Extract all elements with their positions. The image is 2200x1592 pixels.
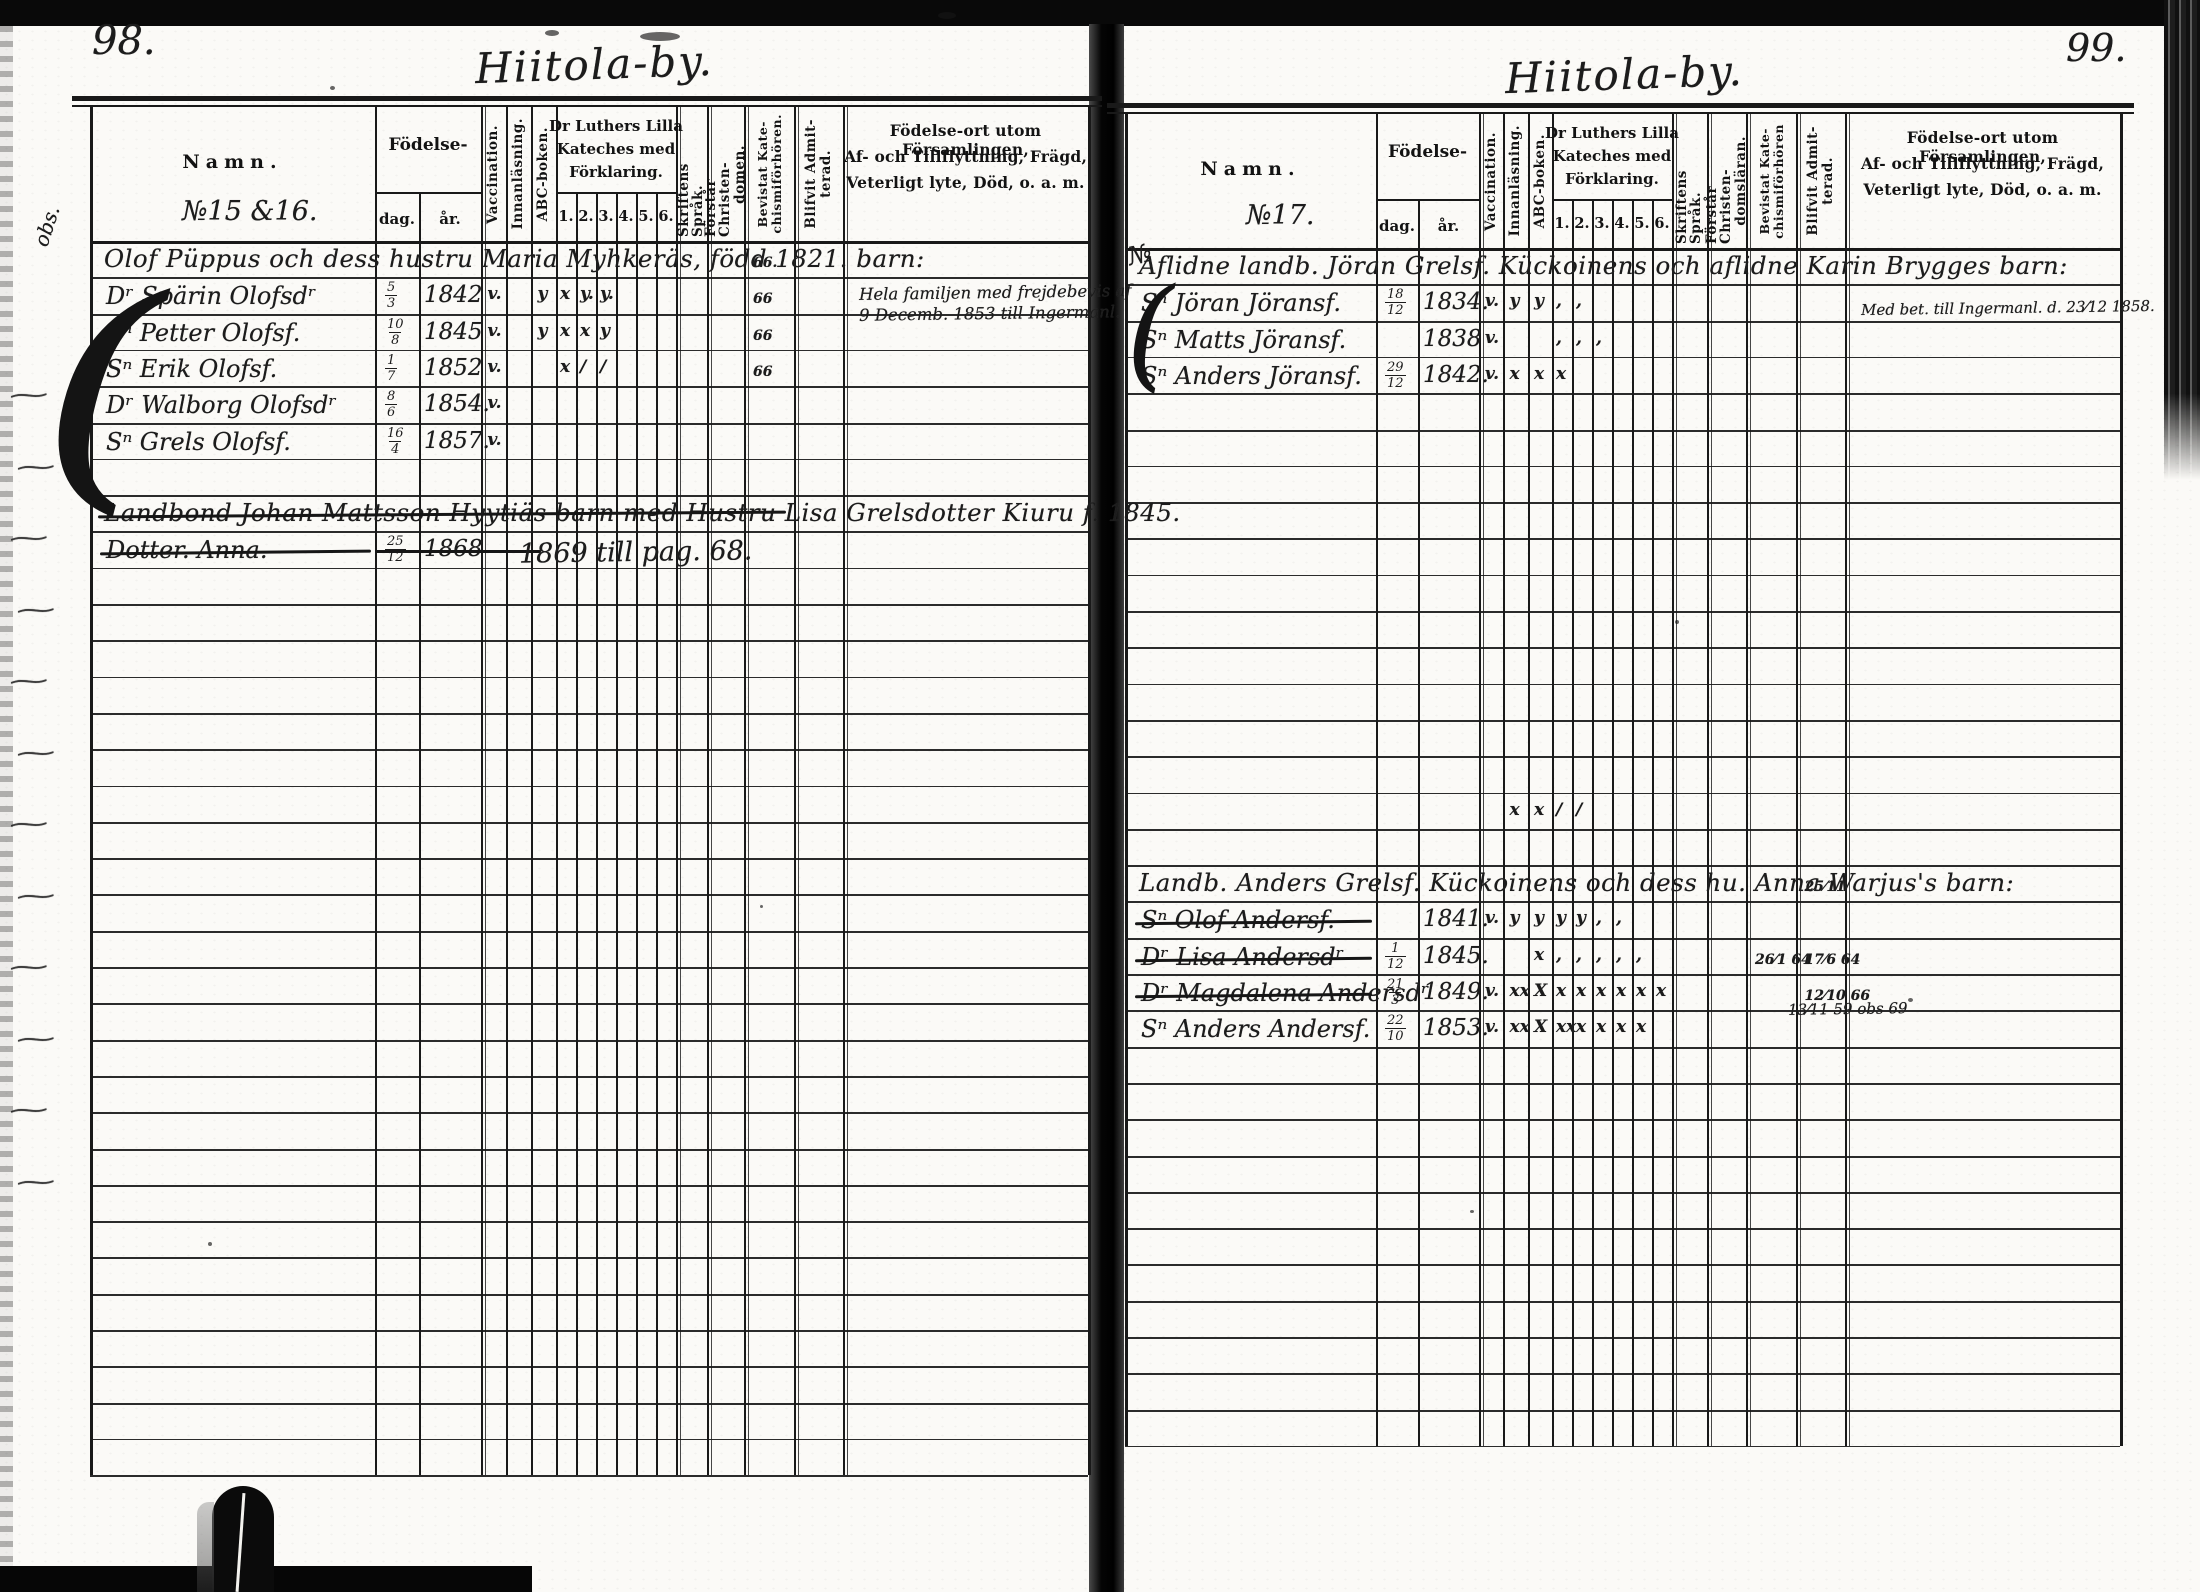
check-mark: x	[1556, 981, 1566, 1001]
ink-speck	[1908, 998, 1913, 1002]
check-mark: x	[1534, 945, 1544, 965]
column-header-bevistat: Bevistat Kate-chismiförhören.	[744, 111, 794, 237]
column-header-birthplace: Veterligt lyte, Död, o. a. m.	[1851, 180, 2115, 199]
column-header-kateches: Förklaring.	[546, 163, 686, 181]
column-header-line: Blifvit Admit-	[804, 119, 818, 229]
check-mark: ,	[1636, 945, 1642, 965]
column-header-kateches-number: 2.	[576, 208, 596, 225]
ink-speck	[208, 1242, 212, 1246]
column-header-namn: Namn.	[1141, 158, 1361, 180]
person-name: Sⁿ Anders Andersf.	[1141, 1015, 1370, 1043]
scan-left-edge	[0, 26, 13, 1592]
check-mark: x	[1510, 364, 1520, 384]
marginal-note: Med bet. till Ingermanl. d. 23⁄12 1858.	[1861, 297, 2155, 319]
column-header-birthplace: Af- och Tillflyttning, Frägd,	[1851, 154, 2115, 173]
ink-speck	[760, 905, 763, 908]
ink-speck	[1675, 620, 1679, 624]
birth-year: 1852	[424, 355, 483, 381]
page-number: 98.	[92, 18, 156, 64]
binding-squiggle: ~	[3, 1098, 55, 1124]
check-mark: v.	[488, 357, 502, 377]
check-mark: ,	[1576, 328, 1582, 348]
birth-year: 1845.	[1423, 943, 1489, 969]
check-mark: x	[1616, 981, 1626, 1001]
check-mark: y	[600, 321, 610, 341]
check-mark: x	[1534, 800, 1544, 820]
birth-year: 1857.	[424, 428, 490, 454]
ruled-line	[1125, 611, 2120, 613]
fraction-numerator: 22	[1385, 1014, 1406, 1028]
birth-day-fraction: 108	[385, 318, 406, 347]
ruled-line	[90, 640, 1088, 642]
birth-day-fraction: 112	[1385, 942, 1406, 971]
fraction-denominator: 10	[1385, 1028, 1406, 1043]
check-mark: v.	[488, 430, 502, 450]
column-line-double	[847, 107, 848, 1475]
check-mark: 66	[753, 364, 772, 380]
fraction-denominator: 4	[389, 441, 401, 456]
column-line	[1503, 114, 1505, 1446]
ruled-line	[90, 1221, 1088, 1223]
ruled-line	[90, 495, 1088, 497]
ruled-line	[90, 677, 1088, 679]
ruled-line	[90, 713, 1088, 715]
column-header-blifvit: Blifvit Admit-terad.	[1796, 118, 1845, 244]
binding-squiggle: ~	[10, 1169, 62, 1195]
birth-year: 1838	[1423, 326, 1482, 352]
person-name: Sⁿ Anders Jöransf.	[1141, 362, 1362, 390]
check-mark: 25⁄11	[1805, 879, 1846, 895]
ruled-line	[90, 1257, 1088, 1259]
check-mark: y	[1576, 908, 1586, 928]
column-header-kateches-number: 1.	[1552, 215, 1572, 232]
strike-line-dates	[375, 550, 541, 553]
check-mark: 66	[753, 291, 772, 307]
ink-speck	[640, 32, 680, 41]
marginal-note: 9 Decemb. 1853 till Ingermanl.	[859, 302, 1121, 325]
column-line-double	[1849, 114, 1850, 1446]
column-subline	[1572, 199, 1574, 1446]
ruled-line	[90, 531, 1088, 533]
column-header-birthplace: Veterligt lyte, Död, o. a. m.	[834, 173, 1098, 192]
fraction-numerator: 1	[1389, 942, 1401, 956]
column-subline	[1418, 199, 1420, 1446]
column-subline	[596, 192, 598, 1475]
ruled-line	[1125, 756, 2120, 758]
fraction-denominator: 3	[385, 295, 397, 310]
column-header-line: terad.	[819, 150, 833, 198]
binding-squiggle: ~	[10, 1026, 62, 1052]
check-mark: x	[580, 321, 590, 341]
check-mark: v.	[1485, 1017, 1499, 1037]
check-mark: xx	[1510, 981, 1530, 1001]
column-header-dag: dag.	[1377, 217, 1417, 235]
ruled-line	[1125, 1410, 2120, 1412]
header-sub-rule	[556, 192, 676, 194]
check-mark: x	[1656, 981, 1666, 1001]
column-header-kateches: Kateches med	[546, 140, 686, 158]
ruled-line	[90, 350, 1088, 352]
column-header-line: Förstår Christen-	[704, 111, 732, 237]
check-mark: x	[560, 321, 570, 341]
column-header-forstar: Förstår Christen-domsläran.	[1707, 118, 1746, 244]
binding-squiggle: ~	[3, 955, 55, 981]
no-margin-mark: №	[1125, 238, 1154, 271]
ruled-line	[90, 1475, 1088, 1477]
column-line-double	[798, 107, 799, 1475]
fraction-numerator: 10	[385, 318, 406, 332]
ruled-line	[1125, 901, 2120, 903]
header-sub-rule	[1552, 199, 1672, 201]
check-mark: v.	[1485, 981, 1499, 1001]
column-header-kateches-number: 3.	[596, 208, 616, 225]
check-mark: v.	[1485, 291, 1499, 311]
column-line-double	[1711, 114, 1712, 1446]
column-header-birthplace: Af- och Tillflyttning, Frägd,	[834, 147, 1098, 166]
check-mark: y.	[600, 284, 614, 304]
column-header-kateches-number: 4.	[1612, 215, 1632, 232]
column-subline	[1652, 199, 1654, 1446]
ruled-line	[1125, 357, 2120, 359]
ruled-line	[1125, 1301, 2120, 1303]
family-header-entry: Landb. Anders Grelsf. Kückoinens och des…	[1139, 868, 2014, 897]
column-line	[1796, 114, 1798, 1446]
column-header-line: chismiförhören	[1772, 124, 1785, 239]
ruled-line	[1125, 502, 2120, 504]
binding-squiggle: ~	[3, 669, 55, 695]
check-mark: x	[1576, 1017, 1586, 1037]
check-mark: xx	[1510, 1017, 1530, 1037]
column-header-line: Innanläsning.	[511, 118, 525, 229]
column-line	[1746, 114, 1748, 1446]
fraction-numerator: 16	[385, 427, 406, 441]
check-mark: 66.	[753, 255, 777, 271]
ruled-line	[90, 1439, 1088, 1441]
page-holder-clip	[212, 1486, 274, 1592]
column-header-kateches-number: 6.	[656, 208, 676, 225]
birth-day-fraction: 213	[1385, 978, 1406, 1007]
check-mark: v.	[1485, 328, 1499, 348]
obs-margin-note: obs.	[29, 203, 65, 250]
birth-day-fraction: 86	[385, 390, 397, 419]
column-header-line: Bevistat Kate-	[1758, 128, 1771, 234]
check-mark: y	[538, 321, 548, 341]
ruled-line	[1125, 393, 2120, 395]
check-mark: /	[1576, 800, 1582, 820]
column-line	[531, 107, 533, 1475]
birth-year: 1842.	[1423, 362, 1489, 388]
check-mark: ,	[1596, 908, 1602, 928]
header-sub-rule	[375, 192, 481, 194]
village-title: Hiitola-by.	[474, 36, 714, 93]
ruled-line	[1125, 974, 2120, 976]
binding-squiggle: ~	[3, 812, 55, 838]
column-subline	[419, 192, 421, 1475]
fraction-numerator: 25	[385, 535, 406, 549]
fraction-denominator: 7	[385, 368, 397, 383]
birth-day-fraction: 53	[385, 281, 397, 310]
ruled-line	[90, 967, 1088, 969]
check-mark: x	[560, 357, 570, 377]
column-header-ar: år.	[1429, 217, 1469, 235]
check-mark: y	[538, 284, 548, 304]
check-mark: v.	[488, 393, 502, 413]
ruled-line	[90, 786, 1088, 788]
birth-year: 1845	[424, 319, 483, 345]
ruled-line	[90, 1076, 1088, 1078]
fraction-denominator: 12	[1385, 302, 1406, 317]
birth-year: 1834.	[1423, 289, 1489, 315]
ruled-line	[1125, 1373, 2120, 1375]
ruled-line	[90, 858, 1088, 860]
check-mark: y	[1534, 291, 1544, 311]
family-header-entry: Aflidne landb. Jöran Grelsf. Kückoinens …	[1139, 251, 2068, 280]
ruled-line	[1125, 1192, 2120, 1194]
check-mark: /	[1556, 800, 1562, 820]
ruled-line	[1125, 1010, 2120, 1012]
check-mark: ,	[1556, 945, 1562, 965]
column-header-vacc: Vaccination.	[1479, 118, 1503, 244]
column-line	[506, 107, 508, 1475]
column-subline	[656, 192, 658, 1475]
fraction-denominator: 12	[1385, 375, 1406, 390]
column-header-kateches-number: 6.	[1652, 215, 1672, 232]
column-line-double	[680, 107, 681, 1475]
top-rule	[1107, 103, 2134, 108]
column-header-innanl: Innanläsning.	[506, 111, 531, 237]
check-mark: y	[1510, 291, 1520, 311]
check-mark: x	[1616, 1017, 1626, 1037]
column-line	[843, 107, 845, 1475]
column-header-line: Vaccination.	[1484, 132, 1498, 231]
check-mark: 26⁄1 64	[1755, 952, 1811, 968]
ruled-line	[1125, 1337, 2120, 1339]
ruled-line	[1125, 793, 2120, 795]
column-header-kateches: Dr Luthers Lilla	[546, 117, 686, 135]
family-bracket-left-page: (	[38, 246, 165, 537]
check-mark: y	[1510, 908, 1520, 928]
column-line	[481, 107, 483, 1475]
top-rule-inner	[1107, 112, 2134, 114]
check-mark: /	[600, 357, 606, 377]
check-mark: y	[1534, 908, 1544, 928]
check-mark: ,	[1616, 908, 1622, 928]
column-line-double	[711, 107, 712, 1475]
check-mark: 66	[753, 328, 772, 344]
check-mark: X	[1534, 1017, 1547, 1037]
column-line	[1528, 114, 1530, 1446]
ruled-line	[1125, 321, 2120, 323]
ruled-line	[1125, 430, 2120, 432]
ruled-line	[90, 1330, 1088, 1332]
column-header-kateches: Dr Luthers Lilla	[1542, 124, 1682, 142]
column-header-line: Innanläsning.	[1508, 125, 1522, 236]
ruled-line	[90, 931, 1088, 933]
check-mark: ,	[1596, 328, 1602, 348]
column-line	[375, 107, 377, 1475]
check-mark: v.	[488, 284, 502, 304]
ruled-line	[1125, 1119, 2120, 1121]
check-mark: X	[1534, 981, 1547, 1001]
ruled-line	[90, 1366, 1088, 1368]
check-mark: 17⁄6 64	[1805, 952, 1861, 968]
fraction-numerator: 5	[385, 281, 397, 295]
birth-year: 1849.	[1423, 979, 1489, 1005]
ruled-line	[90, 749, 1088, 751]
ruled-line	[90, 423, 1088, 425]
scan-right-edge	[2164, 0, 2200, 480]
column-header-line: terad.	[1821, 157, 1835, 205]
ink-speck	[330, 86, 335, 90]
birth-year: 1841.	[1423, 906, 1489, 932]
column-line-double	[748, 107, 749, 1475]
ruled-line	[1125, 1156, 2120, 1158]
column-header-kateches: Förklaring.	[1542, 170, 1682, 188]
birth-day-fraction: 17	[385, 354, 397, 383]
column-header-fodelse: Födelse-	[376, 135, 480, 155]
column-header-nr: №15 &16.	[182, 196, 317, 227]
check-mark: x	[1534, 364, 1544, 384]
ruled-line	[1125, 684, 2120, 686]
column-subline	[576, 192, 578, 1475]
check-mark: x	[1556, 364, 1566, 384]
marginal-note: 13⁄11 59 obs 69	[1788, 999, 1908, 1019]
ruled-line	[90, 459, 1088, 461]
birth-day-fraction: 2912	[1385, 361, 1406, 390]
check-mark: x	[1636, 1017, 1646, 1037]
ruled-line	[1125, 284, 2120, 286]
ruled-line	[1125, 1047, 2120, 1049]
column-header-line: Vaccination.	[486, 125, 500, 224]
column-line-double	[485, 107, 486, 1475]
binding-squiggle: ~	[10, 454, 62, 480]
column-line	[794, 107, 796, 1475]
column-subline	[1612, 199, 1614, 1446]
column-header-innanl: Innanläsning.	[1503, 118, 1528, 244]
column-header-line: chismiförhören.	[770, 114, 783, 234]
binding-squiggle: ~	[10, 597, 62, 623]
check-mark: v.	[1485, 364, 1499, 384]
ruled-line	[1125, 1083, 2120, 1085]
ruled-line	[90, 277, 1088, 279]
family-header-entry: Olof Püppus och dess hustru Maria Myhker…	[104, 244, 925, 273]
village-title: Hiitola-by.	[1504, 46, 1744, 103]
column-header-fodelse: Födelse-	[1376, 142, 1480, 162]
column-header-line: Förstår Christen-	[1705, 118, 1733, 244]
ruled-line	[1125, 720, 2120, 722]
ink-speck	[1470, 1210, 1474, 1213]
column-line	[1845, 114, 1847, 1446]
check-mark: v.	[488, 321, 502, 341]
column-line	[707, 107, 709, 1475]
check-mark: ,	[1556, 328, 1562, 348]
column-header-vacc: Vaccination.	[481, 111, 506, 237]
column-line	[1672, 114, 1674, 1446]
birth-day-fraction: 2210	[1385, 1014, 1406, 1043]
top-rule	[72, 96, 1102, 101]
ruled-line	[1125, 538, 2120, 540]
column-line	[744, 107, 746, 1475]
header-sub-rule	[1376, 199, 1479, 201]
column-line-double	[1800, 114, 1801, 1446]
ruled-line	[1125, 1264, 2120, 1266]
fraction-denominator: 6	[385, 404, 397, 419]
column-header-kateches: Kateches med	[1542, 147, 1682, 165]
family-bracket-right-page: (	[1126, 262, 1174, 404]
column-subline	[1592, 199, 1594, 1446]
column-line	[556, 107, 558, 1475]
top-rule-inner	[72, 105, 1102, 107]
column-header-dag: dag.	[377, 210, 417, 228]
binding-squiggle: ~	[10, 740, 62, 766]
ruled-line	[90, 1040, 1088, 1042]
fraction-numerator: 18	[1385, 288, 1406, 302]
column-header-namn: Namn.	[123, 151, 343, 173]
book-binding	[1089, 24, 1124, 1592]
check-mark: ,	[1556, 291, 1562, 311]
column-header-kateches-number: 4.	[616, 208, 636, 225]
ruled-line	[1125, 1446, 2120, 1448]
check-mark: x	[1596, 981, 1606, 1001]
fraction-numerator: 8	[385, 390, 397, 404]
ruled-line	[1125, 466, 2120, 468]
binding-squiggle: ~	[3, 383, 55, 409]
check-mark: ,	[1596, 945, 1602, 965]
ruled-line	[90, 386, 1088, 388]
birth-year: 1842	[424, 282, 483, 308]
column-header-kateches-number: 5.	[636, 208, 656, 225]
column-line	[676, 107, 678, 1475]
column-line-double	[1750, 114, 1751, 1446]
check-mark: x	[1636, 981, 1646, 1001]
column-header-kateches-number: 2.	[1572, 215, 1592, 232]
binding-squiggle: ~	[3, 526, 55, 552]
column-line	[1376, 114, 1378, 1446]
fraction-numerator: 29	[1385, 361, 1406, 375]
ruled-line	[90, 894, 1088, 896]
ink-speck	[938, 12, 956, 19]
check-mark: xx	[1556, 1017, 1576, 1037]
check-mark: x	[1510, 800, 1520, 820]
ruled-line	[1125, 1228, 2120, 1230]
ruled-line	[1125, 647, 2120, 649]
column-subline	[636, 192, 638, 1475]
fraction-numerator: 21	[1385, 978, 1406, 992]
ruled-line	[90, 1403, 1088, 1405]
column-header-kateches-number: 1.	[556, 208, 576, 225]
check-mark: y.	[580, 284, 594, 304]
column-header-kateches-number: 5.	[1632, 215, 1652, 232]
scan-top-edge	[0, 0, 2200, 26]
ruled-line	[90, 604, 1088, 606]
birth-day-fraction: 164	[385, 427, 406, 456]
column-header-nr: №17.	[1246, 200, 1315, 231]
column-subline	[1632, 199, 1634, 1446]
ruled-line	[90, 1185, 1088, 1187]
scanned-book-spread: 98.Hiitola-by.Namn.№15 &16.Födelse-dag.å…	[0, 0, 2200, 1592]
check-mark: x	[560, 284, 570, 304]
check-mark: x	[1576, 981, 1586, 1001]
ruled-line	[1125, 575, 2120, 577]
ruled-line	[90, 1294, 1088, 1296]
fraction-denominator: 3	[1389, 992, 1401, 1007]
page-number: 99.	[2066, 26, 2126, 70]
birth-year: 1853.	[1423, 1015, 1489, 1041]
binding-squiggle: ~	[10, 883, 62, 909]
ink-speck	[545, 30, 559, 36]
check-mark: ,	[1576, 291, 1582, 311]
fraction-denominator: 8	[389, 332, 401, 347]
